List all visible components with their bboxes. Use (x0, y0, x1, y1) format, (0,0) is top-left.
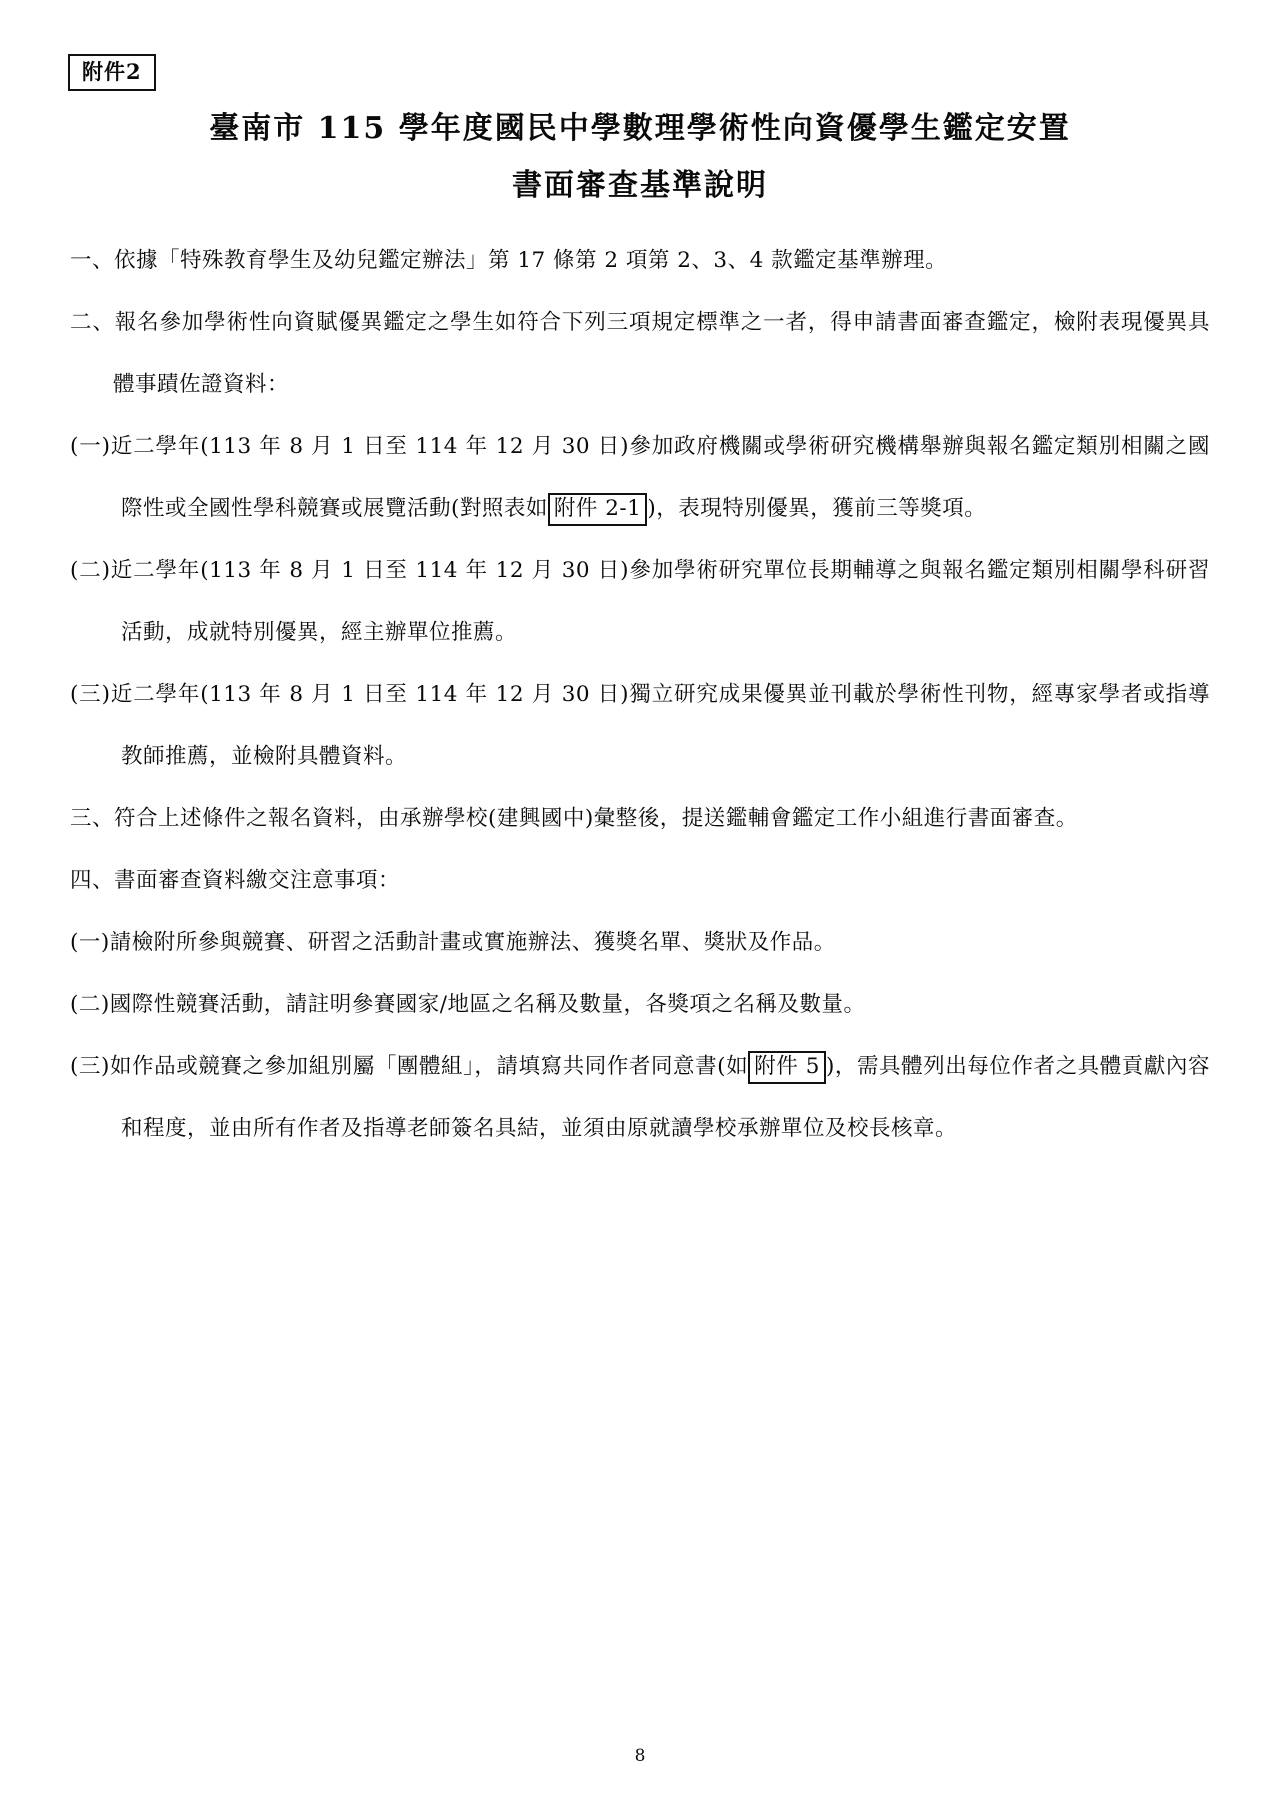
list-item-3: 三、符合上述條件之報名資料，由承辦學校(建興國中)彙整後，提送鑑輔會鑑定工作小組… (70, 788, 1210, 850)
list-item-2-3: (三)近二學年(113 年 8 月 1 日至 114 年 12 月 30 日)獨… (70, 664, 1210, 788)
list-item-2-2: (二)近二學年(113 年 8 月 1 日至 114 年 12 月 30 日)參… (70, 540, 1210, 664)
attachment-ref-2-1: 附件 2-1 (548, 493, 647, 526)
list-item-4-3-text-pre: (三)如作品或競賽之參加組別屬「團體組」，請填寫共同作者同意書(如 (70, 1054, 748, 1079)
list-item-1: 一、依據「特殊教育學生及幼兒鑑定辦法」第 17 條第 2 項第 2、3、4 款鑑… (70, 230, 1210, 292)
list-item-4-1: (一)請檢附所參與競賽、研習之活動計畫或實施辦法、獲獎名單、獎狀及作品。 (70, 912, 1210, 974)
list-item-4-3: (三)如作品或競賽之參加組別屬「團體組」，請填寫共同作者同意書(如附件 5)，需… (70, 1036, 1210, 1160)
list-item-2: 二、報名參加學術性向資賦優異鑑定之學生如符合下列三項規定標準之一者，得申請書面審… (70, 292, 1210, 416)
attachment-ref-5: 附件 5 (748, 1051, 826, 1084)
list-item-4-2: (二)國際性競賽活動，請註明參賽國家/地區之名稱及數量，各獎項之名稱及數量。 (70, 974, 1210, 1036)
attachment-tag-label: 附件2 (82, 59, 142, 84)
document-title-line1: 臺南市 115 學年度國民中學數理學術性向資優學生鑑定安置 (0, 100, 1280, 157)
document-title-line2: 書面審查基準說明 (0, 157, 1280, 214)
list-item-2-1: (一)近二學年(113 年 8 月 1 日至 114 年 12 月 30 日)參… (70, 416, 1210, 540)
document-page: 附件2 臺南市 115 學年度國民中學數理學術性向資優學生鑑定安置 書面審查基準… (0, 0, 1280, 1810)
list-item-2-1-text-post: )，表現特別優異，獲前三等獎項。 (647, 496, 986, 521)
title-block: 臺南市 115 學年度國民中學數理學術性向資優學生鑑定安置 書面審查基準說明 (0, 0, 1280, 214)
document-body: 一、依據「特殊教育學生及幼兒鑑定辦法」第 17 條第 2 項第 2、3、4 款鑑… (70, 230, 1210, 1160)
attachment-tag-box: 附件2 (68, 54, 156, 91)
page-number: 8 (0, 1746, 1280, 1766)
list-item-4: 四、書面審查資料繳交注意事項： (70, 850, 1210, 912)
